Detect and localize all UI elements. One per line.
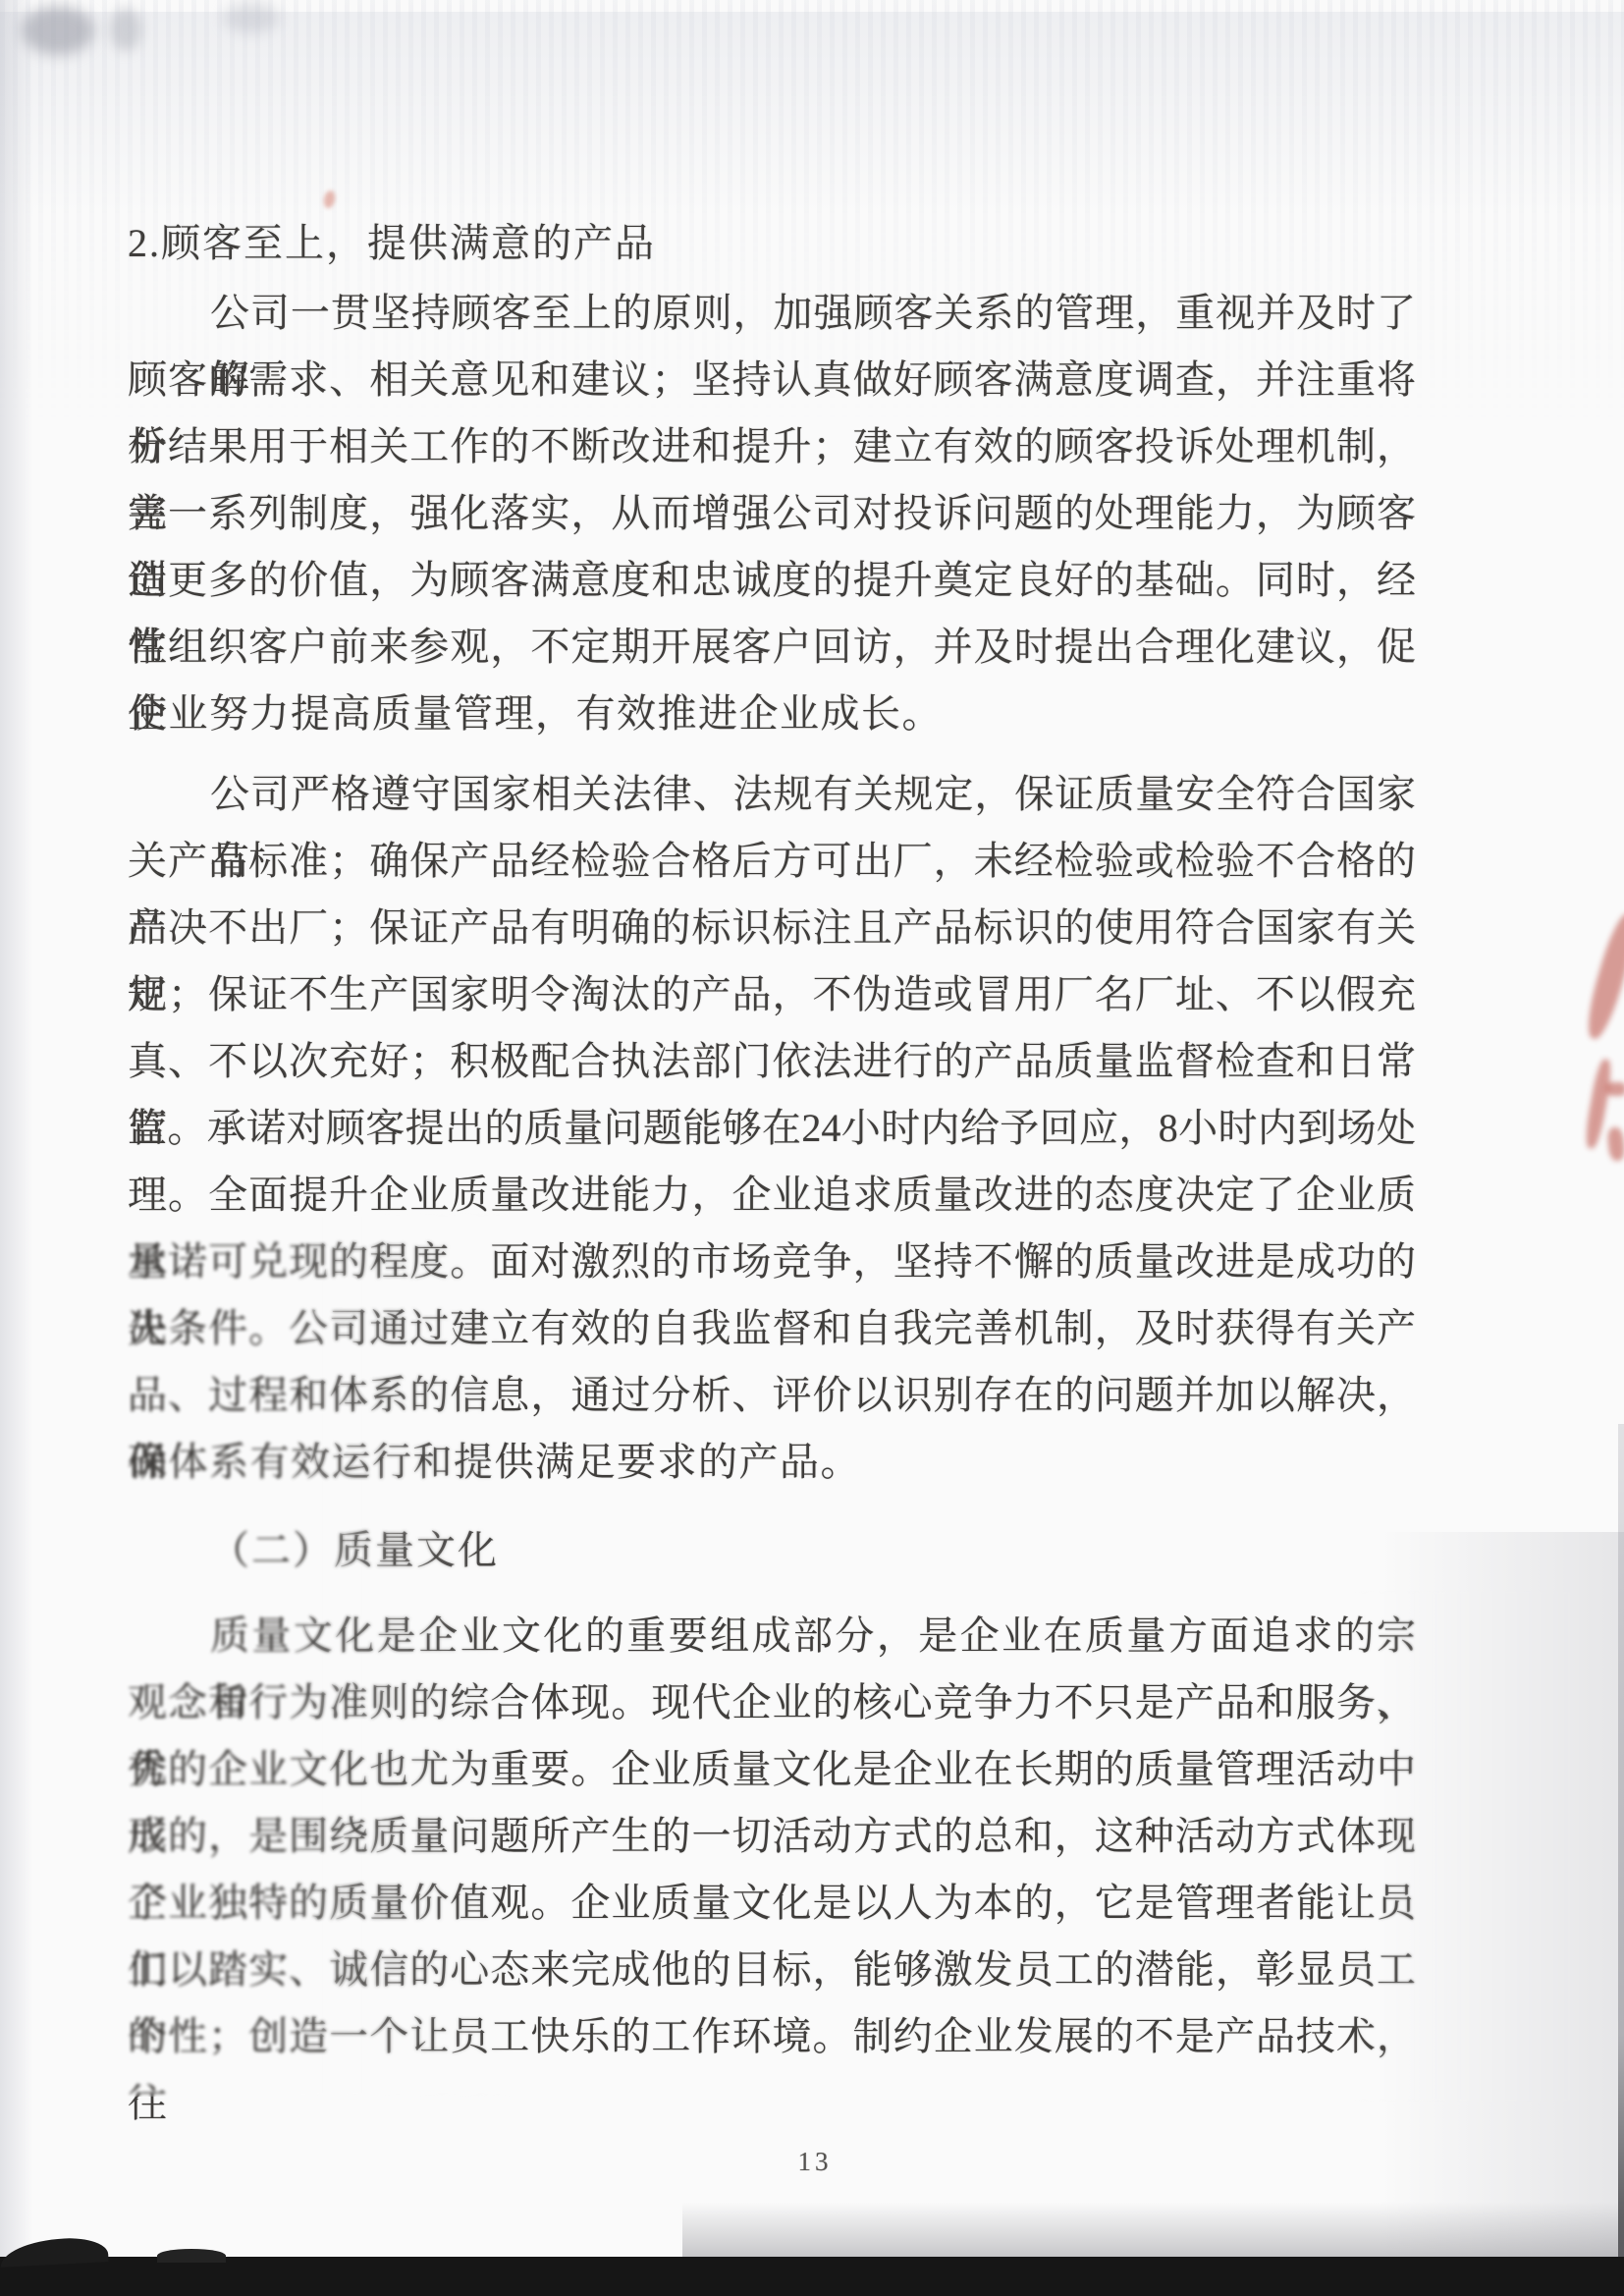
- scanner-edge-bar: [0, 2257, 1624, 2296]
- body-line: 个性；创造一个让员工快乐的工作环境。制约企业发展的不是产品技术，往: [128, 2003, 1416, 2070]
- body-line: 公司严格遵守国家相关法律、法规有关规定，保证质量安全符合国家有: [128, 761, 1416, 828]
- body-line: 造更多的价值，为顾客满意度和忠诚度的提升奠定良好的基础。同时，经常: [128, 547, 1416, 614]
- left-edge-shadow: [0, 0, 33, 2296]
- body-line: 性组织客户前来参观，不定期开展客户回访，并及时提出合理化建议，促使: [128, 614, 1416, 681]
- body-line: 观念和行为准则的综合体现。现代企业的核心竞争力不只是产品和服务，优: [128, 1669, 1416, 1736]
- section-heading-quality-culture: （二）质量文化: [128, 1517, 1416, 1584]
- red-stamp-mark-fragment: [1606, 1082, 1624, 1096]
- body-line: 善一系列制度，强化落实，从而增强公司对投诉问题的处理能力，为顾客创: [128, 480, 1416, 547]
- body-line: 真、不以次充好；积极配合执法部门依法进行的产品质量监督检查和日常监: [128, 1028, 1416, 1095]
- right-edge-scan-line: [1618, 1424, 1624, 2296]
- body-line: 关产品标准；确保产品经检验合格后方可出厂，未经检验或检验不合格的产: [128, 828, 1416, 895]
- body-line: 决条件。公司通过建立有效的自我监督和自我完善机制，及时获得有关产: [128, 1295, 1416, 1362]
- body-line: 析结果用于相关工作的不断改进和提升；建立有效的顾客投诉处理机制，完: [128, 413, 1416, 480]
- scanner-light-falloff: [0, 12, 1624, 218]
- body-line: 品、过程和体系的信息，通过分析、评价以识别存在的问题并加以解决，确: [128, 1362, 1416, 1429]
- body-line: 质量文化是企业文化的重要组成部分，是企业在质量方面追求的宗旨、: [128, 1603, 1416, 1669]
- body-line: 定；保证不生产国家明令淘汰的产品，不伪造或冒用厂名厂址、不以假充: [128, 961, 1416, 1028]
- body-line: 企业独特的质量价值观。企业质量文化是以人为本的，它是管理者能让员工: [128, 1870, 1416, 1937]
- scanner-bar-blob: [157, 2249, 226, 2263]
- section-heading-customer-first: 2.顾客至上，提供满意的产品: [128, 210, 1416, 277]
- body-line: 顾客的需求、相关意见和建议；坚持认真做好顾客满意度调查，并注重将分: [128, 347, 1416, 413]
- body-line: 保体系有效运行和提供满足要求的产品。: [128, 1429, 1416, 1496]
- red-stamp-mark-fragment: [1606, 1126, 1624, 1161]
- body-line: 品决不出厂；保证产品有明确的标识标注且产品标识的使用符合国家有关规: [128, 895, 1416, 961]
- body-line: 承诺可兑现的程度。面对激烈的市场竞争，坚持不懈的质量改进是成功的先: [128, 1229, 1416, 1295]
- body-line: 企业努力提高质量管理，有效推进企业成长。: [128, 681, 1416, 747]
- red-stamp-mark-fragment: [1581, 910, 1624, 1042]
- body-line: 理。全面提升企业质量改进能力，企业追求质量改进的态度决定了企业质量: [128, 1162, 1416, 1229]
- body-line: 秀的企业文化也尤为重要。企业质量文化是企业在长期的质量管理活动中形: [128, 1736, 1416, 1803]
- page-number: 13: [736, 2137, 893, 2186]
- body-line: 管。承诺对顾客提出的质量问题能够在24小时内给予回应，8小时内到场处: [128, 1095, 1416, 1162]
- scanned-document-page: 2.顾客至上，提供满意的产品 公司一贯坚持顾客至上的原则，加强顾客关系的管理，重…: [0, 0, 1624, 2296]
- body-line: 公司一贯坚持顾客至上的原则，加强顾客关系的管理，重视并及时了解: [128, 280, 1416, 347]
- body-line: 成的，是围绕质量问题所产生的一切活动方式的总和，这种活动方式体现了: [128, 1803, 1416, 1870]
- bottom-edge-shadow: [682, 2202, 1624, 2257]
- body-line: 们以踏实、诚信的心态来完成他的目标，能够激发员工的潜能，彰显员工的: [128, 1937, 1416, 2003]
